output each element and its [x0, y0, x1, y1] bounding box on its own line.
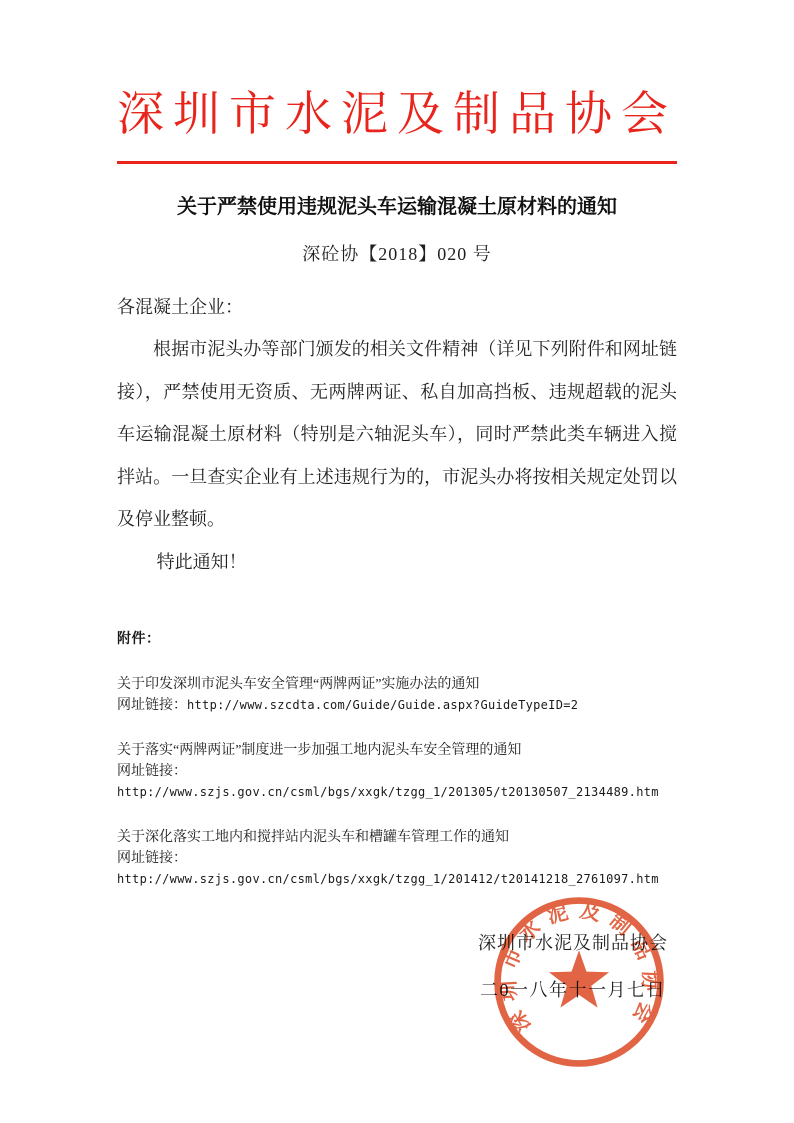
attachment-item: 关于深化落实工地内和搅拌站内泥头车和槽罐车管理工作的通知 网址链接： http:… — [117, 827, 677, 890]
attachment-link-label: 网址链接： — [117, 848, 677, 869]
signature-date: 二0一八年十一月七日 — [478, 978, 668, 1002]
masthead-divider-rule — [117, 161, 677, 164]
masthead-org-name: 深圳市水泥及制品协会 — [117, 86, 677, 145]
attachment-url: http://www.szjs.gov.cn/csml/bgs/xxgk/tzg… — [117, 869, 677, 890]
signature-block: 深圳市水泥及制品协会 二0一八年十一月七日 — [478, 931, 668, 1002]
attachment-title: 关于印发深圳市泥头车安全管理“两牌两证”实施办法的通知 — [117, 674, 677, 695]
attachment-link-line: 网址链接：http://www.szcdta.com/Guide/Guide.a… — [117, 695, 677, 716]
attachment-url: http://www.szcdta.com/Guide/Guide.aspx?G… — [187, 698, 578, 712]
notice-document-page: 深圳市水泥及制品协会 关于严禁使用违规泥头车运输混凝土原材料的通知 深砼协【20… — [0, 0, 794, 1123]
attachment-url: http://www.szjs.gov.cn/csml/bgs/xxgk/tzg… — [117, 782, 677, 803]
attachment-title: 关于深化落实工地内和搅拌站内泥头车和槽罐车管理工作的通知 — [117, 827, 677, 848]
attachment-link-label: 网址链接： — [117, 698, 187, 713]
body-paragraph: 根据市泥头办等部门颁发的相关文件精神（详见下列附件和网址链接），严禁使用无资质、… — [117, 328, 677, 541]
notice-title: 关于严禁使用违规泥头车运输混凝土原材料的通知 — [117, 190, 677, 219]
notice-doc-number: 深砼协【2018】020 号 — [117, 240, 677, 266]
attachments-label: 附件： — [117, 629, 677, 650]
salutation: 各混凝土企业： — [117, 286, 677, 329]
attachment-title: 关于落实“两牌两证”制度进一步加强工地内泥头车安全管理的通知 — [117, 740, 677, 761]
attachment-link-label: 网址链接： — [117, 761, 677, 782]
signature-org-name: 深圳市水泥及制品协会 — [478, 931, 668, 955]
attachments-section: 附件： 关于印发深圳市泥头车安全管理“两牌两证”实施办法的通知 网址链接：htt… — [117, 629, 677, 890]
notice-body: 各混凝土企业： 根据市泥头办等部门颁发的相关文件精神（详见下列附件和网址链接），… — [117, 286, 677, 584]
attachment-item: 关于印发深圳市泥头车安全管理“两牌两证”实施办法的通知 网址链接：http://… — [117, 674, 677, 716]
closing-line: 特此通知！ — [117, 541, 677, 584]
attachment-item: 关于落实“两牌两证”制度进一步加强工地内泥头车安全管理的通知 网址链接： htt… — [117, 740, 677, 803]
